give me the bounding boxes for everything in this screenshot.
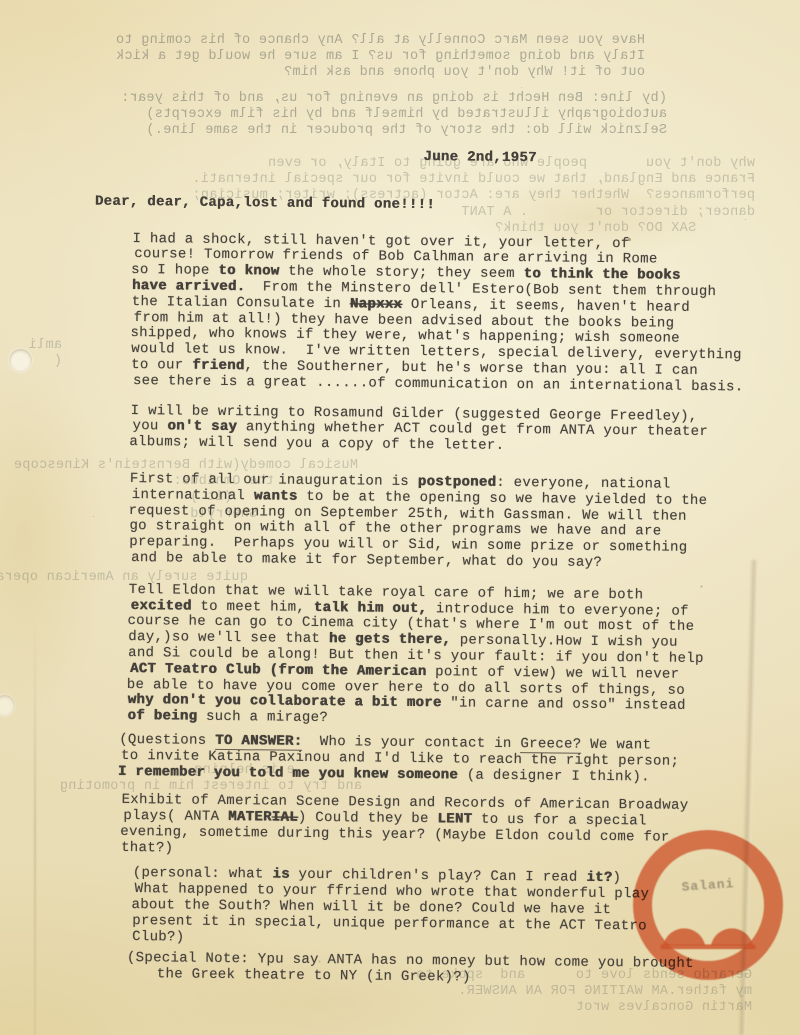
letter-salutation: Dear, dear, Capa,lost and found one!!!!: [95, 194, 780, 217]
scanned-letter-page: Have you seen Marc Connelly at all? Any …: [0, 0, 800, 1035]
paragraph: I will be writing to Rosamund Gilder (su…: [92, 403, 777, 458]
stamp-ring: [633, 830, 783, 980]
paragraph: I had a shock, still haven't got over it…: [93, 231, 780, 396]
paragraph: Tell Eldon that we will take royal care …: [89, 582, 775, 731]
open-book-icon: [660, 910, 756, 952]
paragraph: First of all our inauguration is postpon…: [91, 472, 777, 574]
letter-date: June 2nd,1957: [423, 150, 780, 170]
paragraph: (Questions TO ANSWER: Who is your contac…: [119, 733, 774, 787]
circular-stamp: Salani: [633, 830, 783, 980]
